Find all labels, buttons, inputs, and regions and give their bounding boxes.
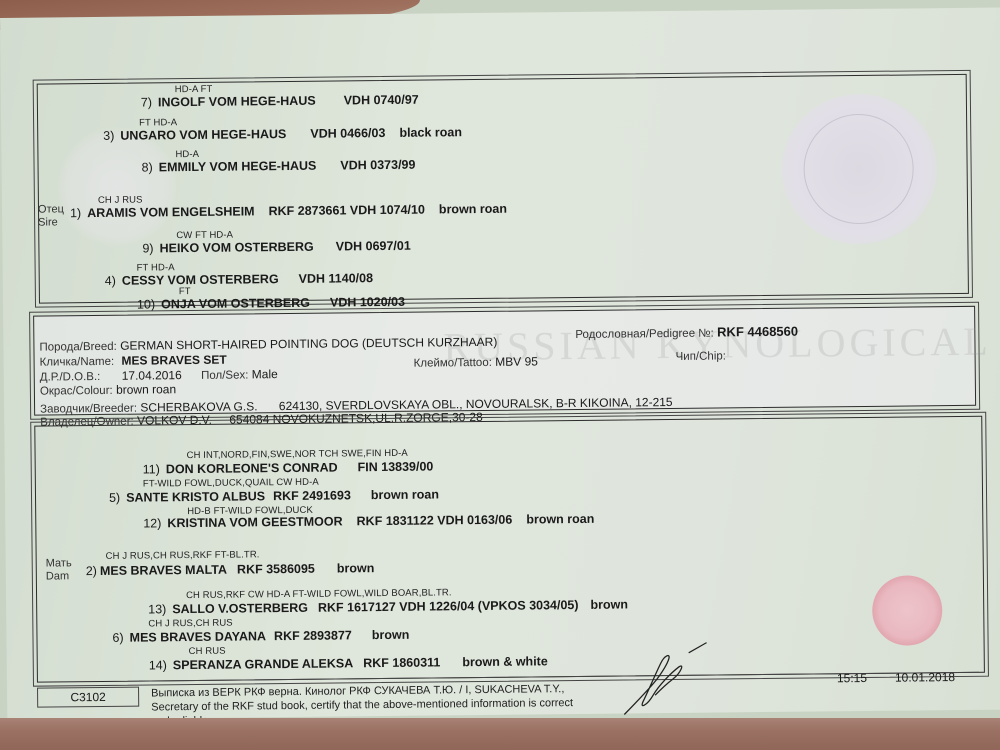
dob-field: Д.Р./D.O.B.: 17.04.2016 Пол/Sex: Male bbox=[40, 367, 278, 383]
pedigree-number-field: Родословная/Pedigree №: RKF 4468560 bbox=[575, 324, 798, 341]
title-5: FT-WILD FOWL,DUCK,QUAIL CW HD-A bbox=[143, 477, 319, 490]
ancestor-10: 10)ONJA VOM OSTERBERGVDH 1020/03 bbox=[137, 295, 405, 312]
ancestor-9: 9)HEIKO VOM OSTERBERGVDH 0697/01 bbox=[142, 239, 411, 256]
ancestor-4: 4)CESSY VOM OSTERBERGVDH 1140/08 bbox=[105, 271, 373, 288]
form-id: C3102 bbox=[37, 687, 139, 708]
dam-label: Мать Dam bbox=[46, 557, 72, 583]
title-4: FT HD-A bbox=[137, 262, 175, 273]
chip-field: Чип/Chip: bbox=[676, 348, 727, 363]
signature-icon bbox=[619, 638, 730, 719]
title-14: CH RUS bbox=[189, 646, 226, 657]
sire-label: Отец Sire bbox=[38, 203, 64, 229]
title-1: CH J RUS bbox=[98, 195, 143, 206]
title-10: FT bbox=[179, 286, 191, 297]
name-field: Кличка/Name: MES BRAVES SET bbox=[40, 353, 227, 369]
title-8: HD-A bbox=[175, 149, 199, 160]
ancestor-8: 8)EMMILY VOM HEGE-HAUSVDH 0373/99 bbox=[142, 158, 416, 175]
title-9: CW FT HD-A bbox=[176, 230, 233, 242]
tattoo-field: Клеймо/Tattoo: MBV 95 bbox=[414, 354, 538, 369]
title-3: FT HD-A bbox=[139, 117, 177, 128]
ancestor-name: INGOLF VOM HEGE-HAUS bbox=[158, 94, 316, 110]
title-7: HD-A FT bbox=[175, 84, 213, 95]
title-2: CH J RUS,CH RUS,RKF FT-BL.TR. bbox=[106, 549, 260, 562]
pedigree-certificate: HD-A FT 7)INGOLF VOM HEGE-HAUSVDH 0740/9… bbox=[0, 8, 1000, 720]
wooden-surface-bottom bbox=[0, 718, 1000, 750]
title-6: CH J RUS,CH RUS bbox=[148, 618, 232, 630]
issue-date: 10.01.2018 bbox=[895, 670, 955, 685]
title-11: CH INT,NORD,FIN,SWE,NOR TCH SWE,FIN HD-A bbox=[187, 448, 408, 461]
ancestor-7: 7)INGOLF VOM HEGE-HAUSVDH 0740/97 bbox=[141, 93, 419, 110]
colour-field: Окрас/Colour: brown roan bbox=[40, 382, 176, 397]
issue-time: 15:15 bbox=[837, 671, 867, 685]
